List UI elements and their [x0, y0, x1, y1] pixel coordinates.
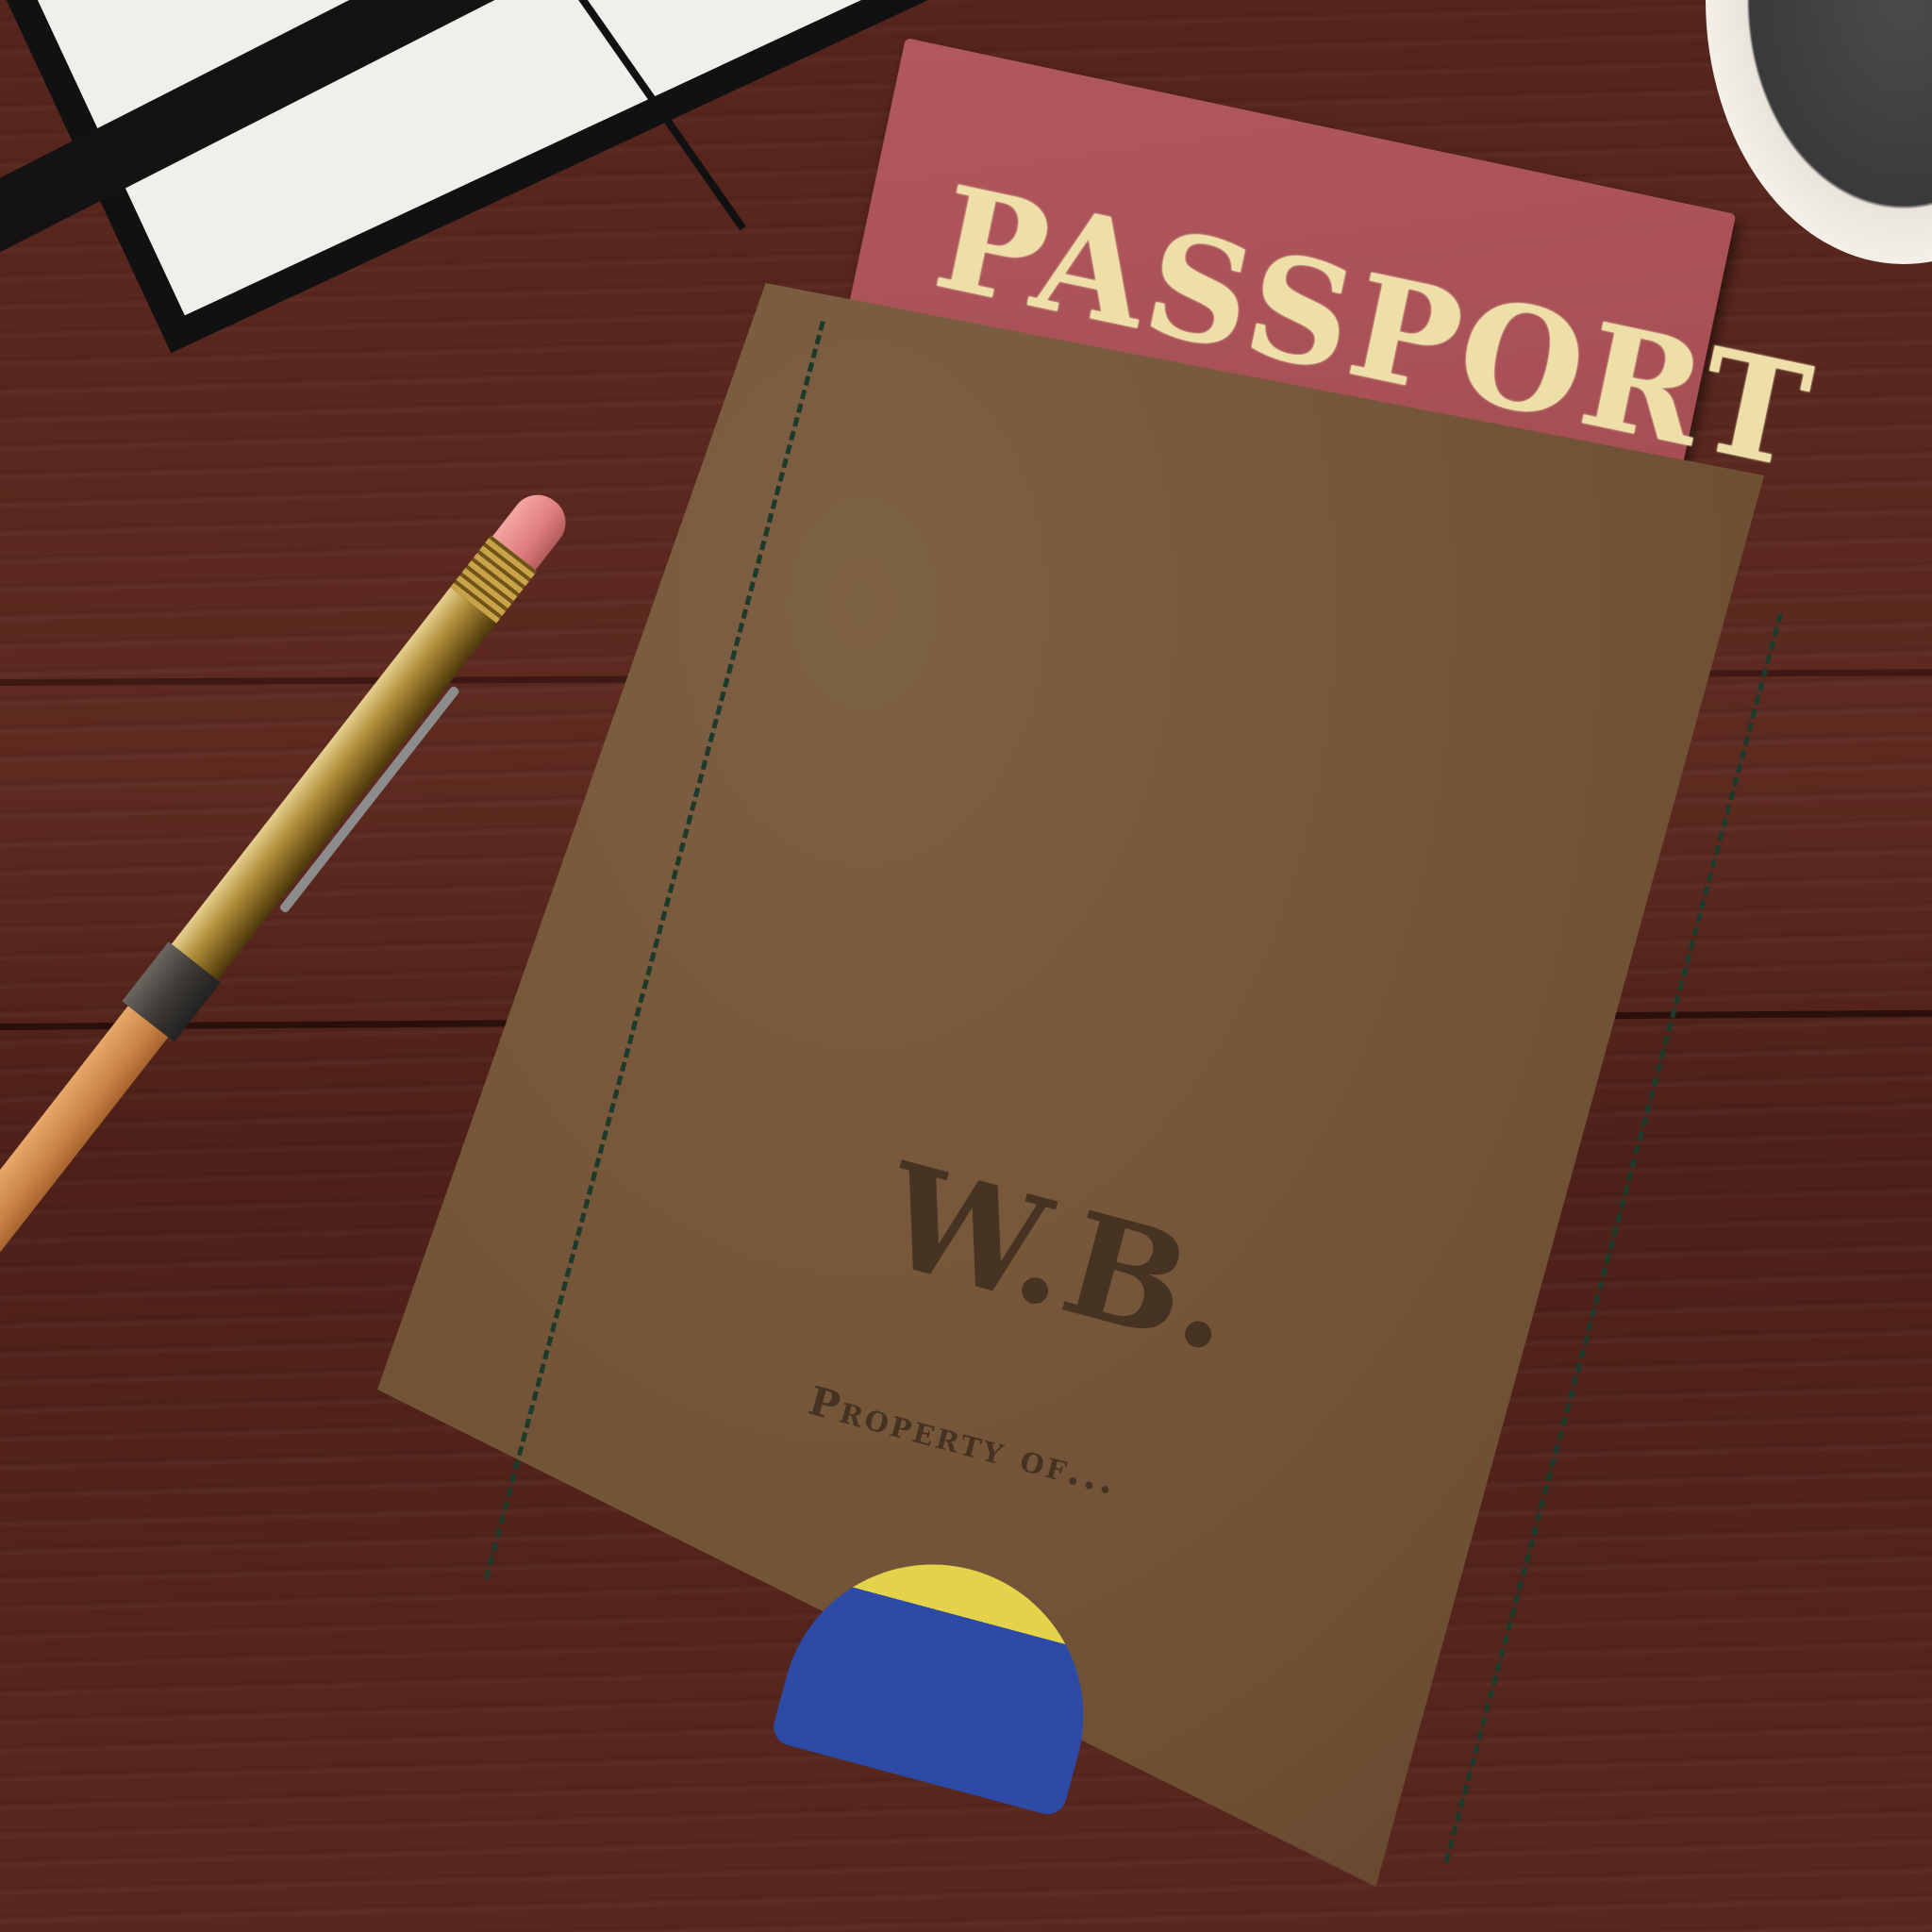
- sleeve-body: [377, 283, 1764, 1887]
- mug: [1706, 0, 1932, 264]
- product-photo: PASSPORT W.B. Property of...: [0, 0, 1932, 1932]
- leather-passport-sleeve: W.B. Property of...: [377, 283, 1764, 1887]
- pencil-wood: [0, 1006, 168, 1274]
